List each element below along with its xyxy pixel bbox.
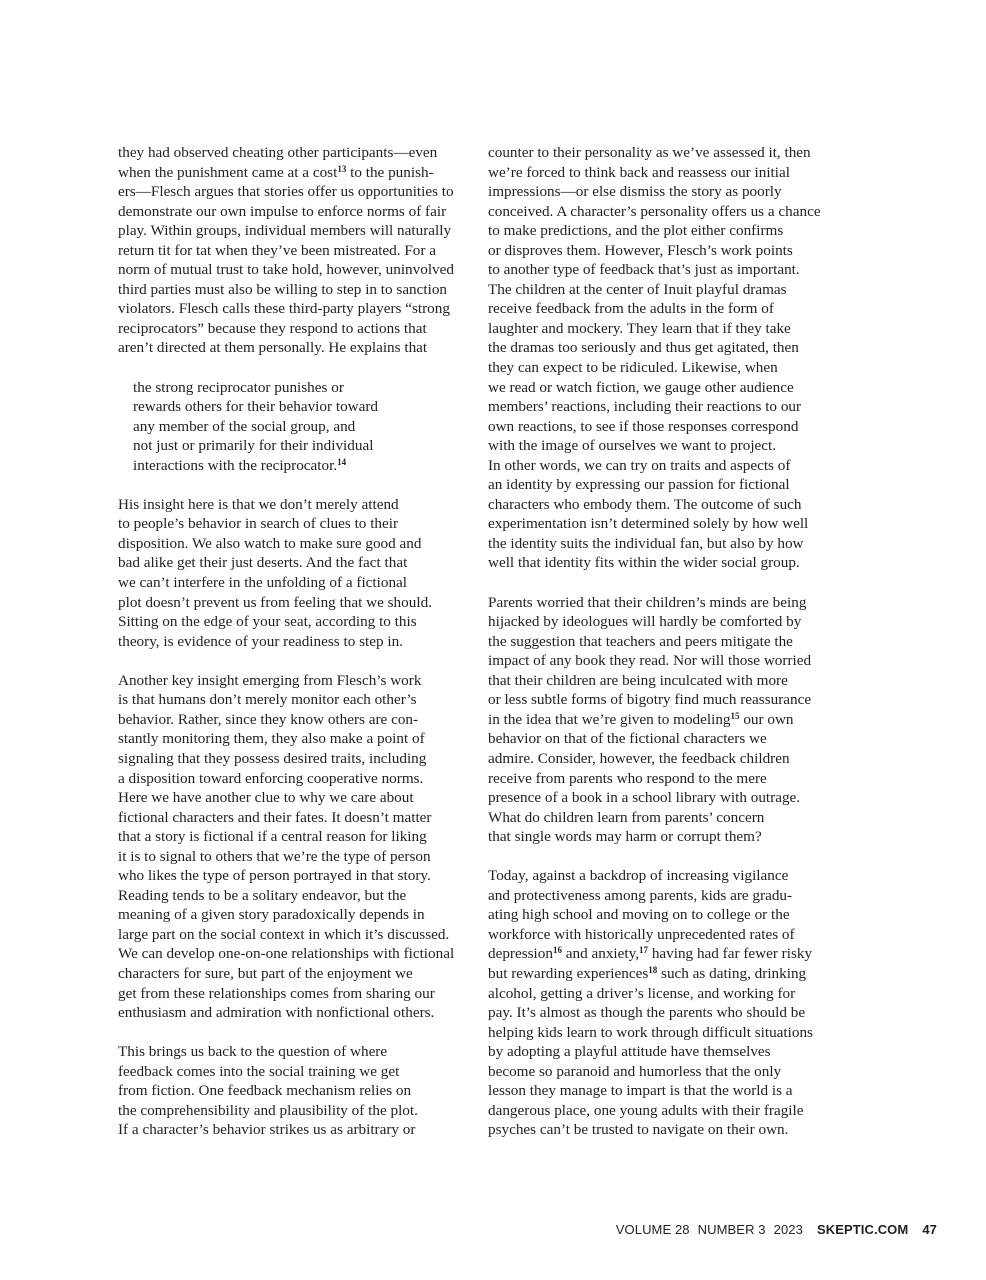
text-line: that their children are being inculcated…	[488, 671, 848, 691]
text-line: or less subtle forms of bigotry find muc…	[488, 690, 848, 710]
right-column: counter to their personality as we’ve as…	[488, 143, 848, 1140]
text-line: not just or primarily for their individu…	[133, 436, 488, 456]
text-line: to people’s behavior in search of clues …	[118, 514, 488, 534]
text-line: the suggestion that teachers and peers m…	[488, 632, 848, 652]
text-line: reciprocators” because they respond to a…	[118, 319, 488, 339]
text-line: plot doesn’t prevent us from feeling tha…	[118, 593, 488, 613]
text-line: alcohol, getting a driver’s license, and…	[488, 984, 848, 1004]
text-line: feedback comes into the social training …	[118, 1062, 488, 1082]
text-line: hijacked by ideologues will hardly be co…	[488, 612, 848, 632]
text-line: norm of mutual trust to take hold, howev…	[118, 260, 488, 280]
year-label: 2023	[774, 1222, 803, 1237]
paragraph: This brings us back to the question of w…	[118, 1042, 488, 1140]
text-line: Today, against a backdrop of increasing …	[488, 866, 848, 886]
text-line: Another key insight emerging from Flesch…	[118, 671, 488, 691]
text-line: and protectiveness among parents, kids a…	[488, 886, 848, 906]
text-line: Parents worried that their children’s mi…	[488, 593, 848, 613]
block-quote: the strong reciprocator punishes orrewar…	[118, 378, 488, 476]
text-line: get from these relationships comes from …	[118, 984, 488, 1004]
text-line: return tit for tat when they’ve been mis…	[118, 241, 488, 261]
text-line: lesson they manage to impart is that the…	[488, 1081, 848, 1101]
text-line: but rewarding experiences18 such as dati…	[488, 964, 848, 984]
text-line: in the idea that we’re given to modeling…	[488, 710, 848, 730]
text-line: If a character’s behavior strikes us as …	[118, 1120, 488, 1140]
footnote-marker: 17	[639, 945, 648, 955]
site-link[interactable]: SKEPTIC.COM	[817, 1222, 908, 1237]
footnote-marker: 14	[337, 457, 346, 467]
text-line: workforce with historically unprecedente…	[488, 925, 848, 945]
volume-label: VOLUME 28	[616, 1222, 690, 1237]
text-line: impact of any book they read. Nor will t…	[488, 651, 848, 671]
text-line: receive feedback from the adults in the …	[488, 299, 848, 319]
page-number: 47	[922, 1222, 937, 1237]
text-line: impressions—or else dismiss the story as…	[488, 182, 848, 202]
text-line: admire. Consider, however, the feedback …	[488, 749, 848, 769]
text-line: when the punishment came at a cost13 to …	[118, 163, 488, 183]
text-line: Sitting on the edge of your seat, accord…	[118, 612, 488, 632]
text-line: that single words may harm or corrupt th…	[488, 827, 848, 847]
text-line: violators. Flesch calls these third-part…	[118, 299, 488, 319]
text-line: play. Within groups, individual members …	[118, 221, 488, 241]
text-line: third parties must also be willing to st…	[118, 280, 488, 300]
text-line: disposition. We also watch to make sure …	[118, 534, 488, 554]
text-line: the dramas too seriously and thus get ag…	[488, 338, 848, 358]
text-line: demonstrate our own impulse to enforce n…	[118, 202, 488, 222]
footnote-marker: 18	[648, 965, 657, 975]
issue-number-label: NUMBER 3	[698, 1222, 766, 1237]
text-line: they can expect to be ridiculed. Likewis…	[488, 358, 848, 378]
left-column: they had observed cheating other partici…	[118, 143, 488, 1140]
text-line: that a story is fictional if a central r…	[118, 827, 488, 847]
text-line: fictional characters and their fates. It…	[118, 808, 488, 828]
text-line: to make predictions, and the plot either…	[488, 221, 848, 241]
text-line: the strong reciprocator punishes or	[133, 378, 488, 398]
text-line: large part on the social context in whic…	[118, 925, 488, 945]
text-line: to another type of feedback that’s just …	[488, 260, 848, 280]
text-line: counter to their personality as we’ve as…	[488, 143, 848, 163]
paragraph: His insight here is that we don’t merely…	[118, 495, 488, 651]
paragraph: Today, against a backdrop of increasing …	[488, 866, 848, 1140]
text-line: psyches can’t be trusted to navigate on …	[488, 1120, 848, 1140]
text-line: from fiction. One feedback mechanism rel…	[118, 1081, 488, 1101]
text-line: rewards others for their behavior toward	[133, 397, 488, 417]
text-line: become so paranoid and humorless that th…	[488, 1062, 848, 1082]
text-line: characters for sure, but part of the enj…	[118, 964, 488, 984]
text-line: His insight here is that we don’t merely…	[118, 495, 488, 515]
text-line: ers—Flesch argues that stories offer us …	[118, 182, 488, 202]
text-line: depression16 and anxiety,17 having had f…	[488, 944, 848, 964]
text-line: behavior. Rather, since they know others…	[118, 710, 488, 730]
paragraph: Another key insight emerging from Flesch…	[118, 671, 488, 1023]
text-line: laughter and mockery. They learn that if…	[488, 319, 848, 339]
paragraph: counter to their personality as we’ve as…	[488, 143, 848, 573]
text-line: we can’t interfere in the unfolding of a…	[118, 573, 488, 593]
text-line: members’ reactions, including their reac…	[488, 397, 848, 417]
text-line: Here we have another clue to why we care…	[118, 788, 488, 808]
text-line: characters who embody them. The outcome …	[488, 495, 848, 515]
text-line: behavior on that of the fictional charac…	[488, 729, 848, 749]
footnote-marker: 15	[731, 711, 740, 721]
text-line: helping kids learn to work through diffi…	[488, 1023, 848, 1043]
text-line: What do children learn from parents’ con…	[488, 808, 848, 828]
text-line: pay. It’s almost as though the parents w…	[488, 1003, 848, 1023]
text-line: with the image of ourselves we want to p…	[488, 436, 848, 456]
text-line: stantly monitoring them, they also make …	[118, 729, 488, 749]
text-line: we’re forced to think back and reassess …	[488, 163, 848, 183]
text-line: well that identity fits within the wider…	[488, 553, 848, 573]
text-line: Reading tends to be a solitary endeavor,…	[118, 886, 488, 906]
text-line: own reactions, to see if those responses…	[488, 417, 848, 437]
text-line: aren’t directed at them personally. He e…	[118, 338, 488, 358]
text-line: or disproves them. However, Flesch’s wor…	[488, 241, 848, 261]
text-line: ating high school and moving on to colle…	[488, 905, 848, 925]
text-line: we read or watch fiction, we gauge other…	[488, 378, 848, 398]
text-line: receive from parents who respond to the …	[488, 769, 848, 789]
paragraph: they had observed cheating other partici…	[118, 143, 488, 358]
paragraph: Parents worried that their children’s mi…	[488, 593, 848, 847]
page-footer: VOLUME 28NUMBER 32023SKEPTIC.COM47	[616, 1222, 937, 1237]
text-line: experimentation isn’t determined solely …	[488, 514, 848, 534]
text-line: the identity suits the individual fan, b…	[488, 534, 848, 554]
text-line: This brings us back to the question of w…	[118, 1042, 488, 1062]
text-line: The children at the center of Inuit play…	[488, 280, 848, 300]
text-line: signaling that they possess desired trai…	[118, 749, 488, 769]
text-line: enthusiasm and admiration with nonfictio…	[118, 1003, 488, 1023]
footnote-marker: 16	[553, 945, 562, 955]
text-line: theory, is evidence of your readiness to…	[118, 632, 488, 652]
text-line: is that humans don’t merely monitor each…	[118, 690, 488, 710]
text-line: interactions with the reciprocator.14	[133, 456, 488, 476]
text-line: bad alike get their just deserts. And th…	[118, 553, 488, 573]
text-line: they had observed cheating other partici…	[118, 143, 488, 163]
text-line: any member of the social group, and	[133, 417, 488, 437]
text-line: a disposition toward enforcing cooperati…	[118, 769, 488, 789]
text-line: meaning of a given story paradoxically d…	[118, 905, 488, 925]
text-line: by adopting a playful attitude have them…	[488, 1042, 848, 1062]
footnote-marker: 13	[337, 164, 346, 174]
text-line: conceived. A character’s personality off…	[488, 202, 848, 222]
text-line: dangerous place, one young adults with t…	[488, 1101, 848, 1121]
text-line: it is to signal to others that we’re the…	[118, 847, 488, 867]
text-line: an identity by expressing our passion fo…	[488, 475, 848, 495]
text-line: the comprehensibility and plausibility o…	[118, 1101, 488, 1121]
text-line: In other words, we can try on traits and…	[488, 456, 848, 476]
text-line: We can develop one-on-one relationships …	[118, 944, 488, 964]
text-line: who likes the type of person portrayed i…	[118, 866, 488, 886]
text-line: presence of a book in a school library w…	[488, 788, 848, 808]
